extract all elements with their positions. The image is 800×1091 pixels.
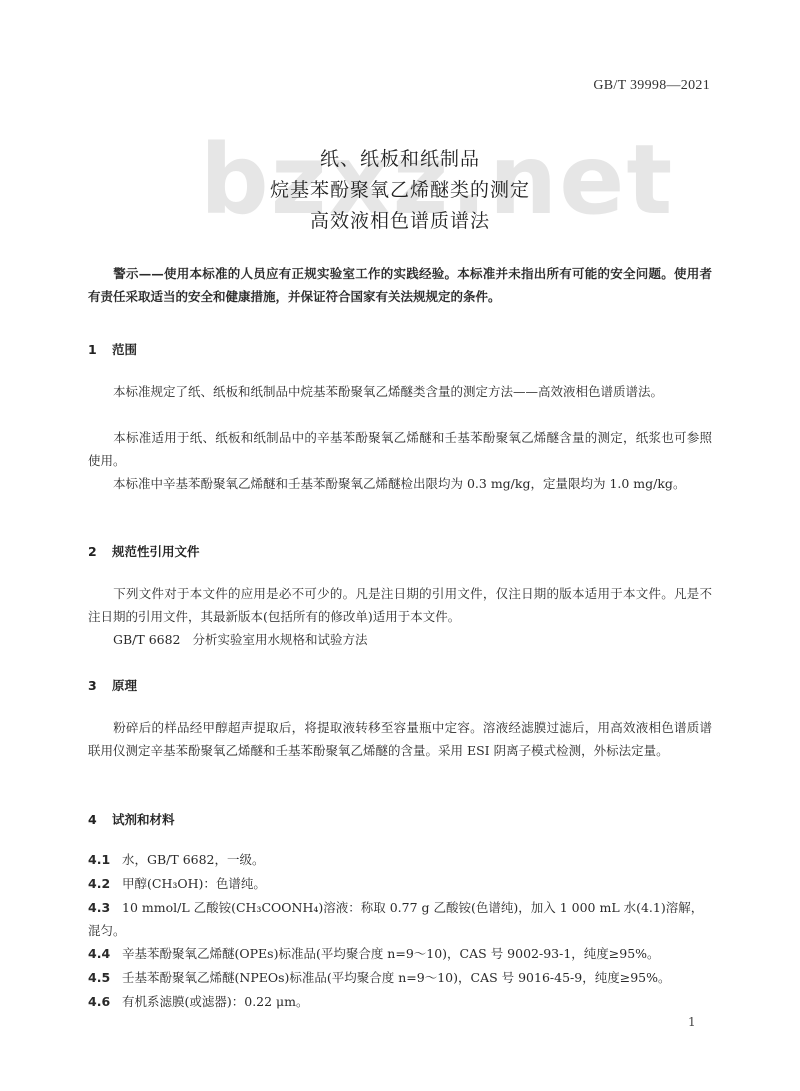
title-line-1: 纸、纸板和纸制品: [0, 144, 800, 171]
reagent-item-4-3: 4.310 mmol/L 乙酸铵(CH₃COONH₄)溶液：称取 0.77 g …: [88, 896, 712, 942]
reagent-item-4-5: 4.5壬基苯酚聚氧乙烯醚(NPEOs)标准品(平均聚合度 n=9～10)，CAS…: [88, 966, 712, 989]
title-line-3: 高效液相色谱质谱法: [0, 206, 800, 233]
reference-item: GB/T 6682 分析实验室用水规格和试验方法: [88, 628, 712, 651]
reagent-item-4-6: 4.6有机系滤膜(或滤器)：0.22 μm。: [88, 990, 712, 1013]
normative-paragraph: 下列文件对于本文件的应用是必不可少的。凡是注日期的引用文件，仅注日期的版本适用于…: [88, 582, 712, 628]
warning-paragraph: 警示——使用本标准的人员应有正规实验室工作的实践经验。本标准并未指出所有可能的安…: [88, 262, 712, 308]
reagent-item-4-2: 4.2甲醇(CH₃OH)：色谱纯。: [88, 872, 712, 895]
principle-paragraph: 粉碎后的样品经甲醇超声提取后，将提取液转移至容量瓶中定容。溶液经滤膜过滤后，用高…: [88, 716, 712, 762]
standard-code: GB/T 39998—2021: [593, 78, 710, 94]
reagent-item-4-1: 4.1水，GB/T 6682，一级。: [88, 848, 712, 871]
scope-paragraph-2: 本标准适用于纸、纸板和纸制品中的辛基苯酚聚氧乙烯醚和壬基苯酚聚氧乙烯醚含量的测定…: [88, 426, 712, 472]
reagent-item-4-4: 4.4辛基苯酚聚氧乙烯醚(OPEs)标准品(平均聚合度 n=9～10)，CAS …: [88, 942, 712, 965]
section-heading-2: 2规范性引用文件: [88, 542, 200, 560]
section-heading-3: 3原理: [88, 676, 137, 694]
footer-artifact: [340, 1082, 460, 1091]
section-heading-4: 4试剂和材料: [88, 810, 175, 828]
section-heading-1: 1范围: [88, 340, 137, 358]
title-line-2: 烷基苯酚聚氧乙烯醚类的测定: [0, 175, 800, 202]
scope-paragraph-3: 本标准中辛基苯酚聚氧乙烯醚和壬基苯酚聚氧乙烯醚检出限均为 0.3 mg/kg，定…: [88, 472, 712, 495]
page-number: 1: [688, 1015, 696, 1029]
scope-paragraph-1: 本标准规定了纸、纸板和纸制品中烷基苯酚聚氧乙烯醚类含量的测定方法——高效液相色谱…: [88, 380, 712, 403]
